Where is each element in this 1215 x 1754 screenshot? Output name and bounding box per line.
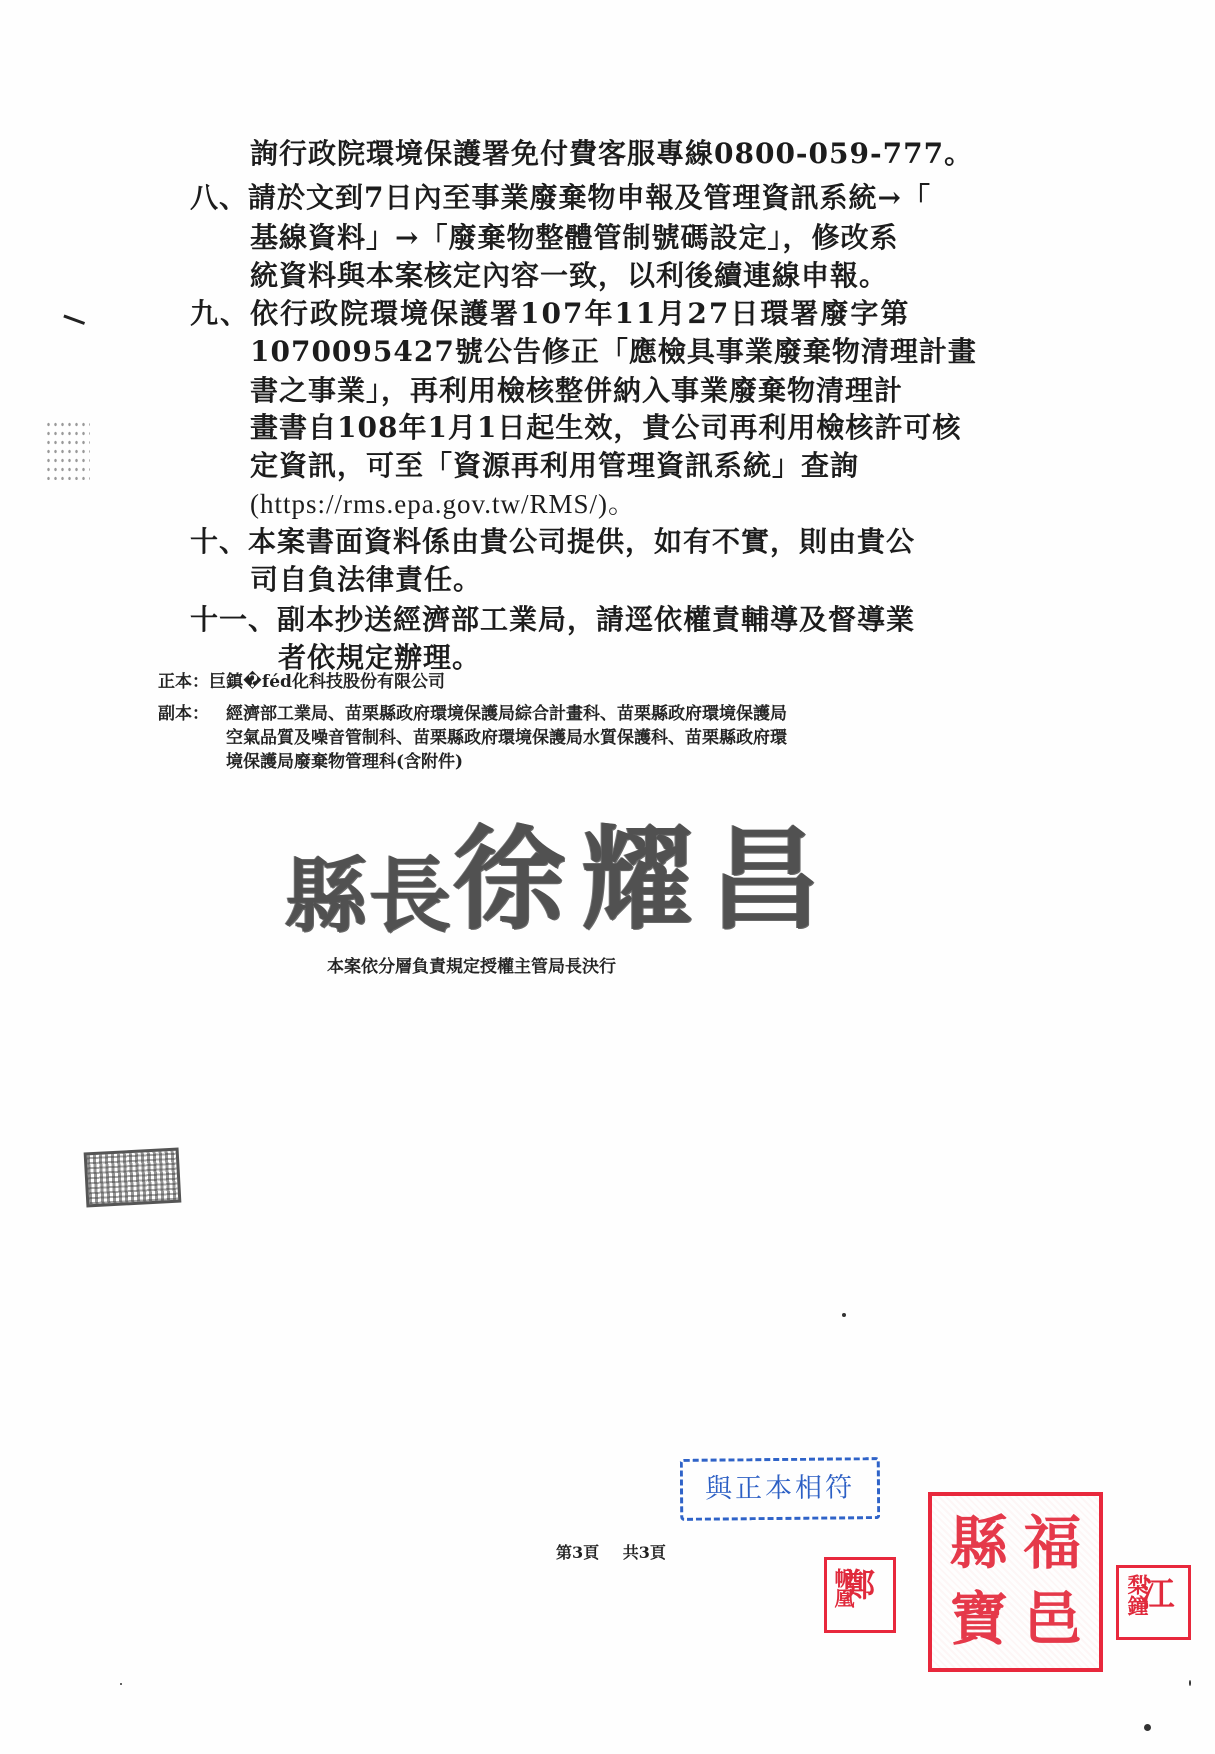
archive-stamp	[84, 1148, 182, 1208]
magistrate-signature: 縣長徐耀昌	[285, 815, 837, 955]
item-8-line-1: 八、請於文到7日內至事業廢棄物申報及管理資訊系統→「	[190, 180, 931, 216]
scan-speck	[1189, 1680, 1191, 1686]
main-recipient: 正本：巨鎮�féd化科技股份有限公司	[158, 671, 445, 693]
main-recipient-value: 巨鎮�féd化科技股份有限公司	[209, 672, 445, 692]
seal-jiang: 江 梨鐘	[1116, 1565, 1191, 1640]
company-seal-char-2: 縣	[942, 1506, 1016, 1582]
item-9-line-4: 畫書自108年1月1日起生效，貴公司再利用檢核許可核	[250, 410, 961, 446]
scan-speck	[1144, 1724, 1151, 1731]
copy-recipient-line-1: 經濟部工業局、苗栗縣政府環境保護局綜合計畫科、苗栗縣政府環境保護局	[226, 703, 787, 725]
company-seal: 福 縣 邑 寶	[928, 1492, 1103, 1672]
item-10-line-1: 十、本案書面資料係由貴公司提供，如有不實，則由貴公	[190, 524, 915, 560]
item-11-line-1: 十一、副本抄送經濟部工業局，請逕依權責輔導及督導業	[190, 602, 915, 638]
signature-name: 徐耀昌	[453, 814, 837, 945]
company-seal-char-3: 邑	[1016, 1582, 1090, 1658]
body-line-1: 詢行政院環境保護署免付費客服專線0800-059-777。	[250, 136, 973, 172]
company-seal-chars: 福 縣 邑 寶	[942, 1506, 1089, 1658]
scan-speck	[842, 1313, 846, 1317]
item-9-line-3: 書之事業」，再利用檢核整併納入事業廢棄物清理計	[250, 373, 903, 409]
item-8-line-2: 基線資料」→「廢棄物整體管制號碼設定」，修改系	[250, 220, 898, 256]
item-9-line-1: 九、依行政院環境保護署107年11月27日環署廢字第	[190, 296, 910, 332]
company-seal-char-4: 寶	[942, 1582, 1016, 1658]
company-seal-char-1: 福	[1016, 1506, 1090, 1582]
item-10-line-2: 司自負法律責任。	[250, 562, 482, 598]
seal-zheng: 鄭 帆凰	[824, 1557, 896, 1633]
document-page: 詢行政院環境保護署免付費客服專線0800-059-777。 八、請於文到7日內至…	[0, 0, 1215, 1754]
margin-scribble	[61, 315, 85, 332]
signature-title: 縣長	[285, 848, 453, 944]
copy-recipient-label: 副本：	[158, 703, 209, 725]
copy-recipient-line-3: 境保護局廢棄物管理科(含附件)	[226, 751, 463, 773]
margin-smudge	[45, 420, 90, 480]
seal-zheng-given: 帆凰	[832, 1568, 854, 1608]
item-9-line-2: 1070095427號公告修正「應檢具事業廢棄物清理計畫	[250, 334, 977, 370]
main-recipient-label: 正本：	[158, 672, 209, 692]
item-9-url: (https://rms.epa.gov.tw/RMS/)。	[250, 486, 636, 522]
item-9-line-5: 定資訊，可至「資源再利用管理資訊系統」查詢	[250, 448, 859, 484]
copy-recipient-line-2: 空氣品質及噪音管制科、苗栗縣政府環境保護局水質保護科、苗栗縣政府環	[226, 727, 787, 749]
seal-jiang-given: 梨鐘	[1125, 1574, 1149, 1616]
scan-speck	[120, 1683, 122, 1685]
authorization-note: 本案依分層負責規定授權主管局長決行	[327, 956, 616, 978]
certified-copy-stamp: 與正本相符	[680, 1457, 881, 1521]
page-indicator: 第3頁 共3頁	[556, 1543, 666, 1563]
item-8-line-3: 統資料與本案核定內容一致，以利後續連線申報。	[250, 258, 888, 294]
